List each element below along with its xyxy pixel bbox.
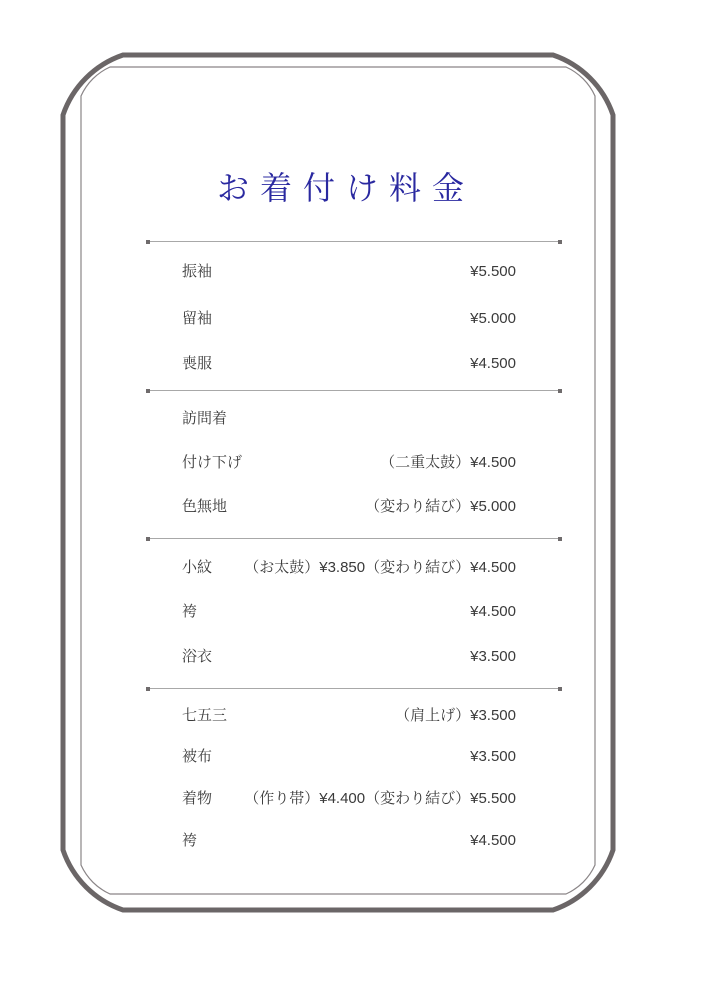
menu-row: 喪服 ¥4.500 <box>182 355 516 373</box>
item-price: （二重太鼓）¥4.500 <box>380 454 516 472</box>
menu-row: 色無地 （変わり結び）¥5.000 <box>182 498 516 516</box>
divider-dot <box>146 537 150 541</box>
menu-row: 七五三 （肩上げ）¥3.500 <box>182 707 516 725</box>
item-price: （作り帯）¥4.400（変わり結び）¥5.500 <box>244 790 516 808</box>
item-label: 袴 <box>182 603 197 621</box>
divider-dot <box>146 389 150 393</box>
item-label: 振袖 <box>182 263 212 281</box>
item-price: ¥4.500 <box>470 355 516 373</box>
menu-row: 訪問着 <box>182 410 516 428</box>
divider-dot <box>558 537 562 541</box>
item-label: 付け下げ <box>182 454 242 472</box>
item-price: （変わり結び）¥5.000 <box>365 498 516 516</box>
divider-dot <box>146 240 150 244</box>
section-divider <box>147 241 561 242</box>
menu-row: 袴 ¥4.500 <box>182 603 516 621</box>
item-label: 小紋 <box>182 559 212 577</box>
section-divider <box>147 390 561 391</box>
section-divider <box>147 688 561 689</box>
menu-row: 振袖 ¥5.500 <box>182 263 516 281</box>
divider-dot <box>558 240 562 244</box>
menu-row: 被布 ¥3.500 <box>182 748 516 766</box>
item-price: ¥5.000 <box>470 310 516 328</box>
item-price: （お太鼓）¥3.850（変わり結び）¥4.500 <box>244 559 516 577</box>
item-label: 被布 <box>182 748 212 766</box>
item-price: ¥3.500 <box>470 748 516 766</box>
menu-row: 袴 ¥4.500 <box>182 832 516 850</box>
menu-row: 付け下げ （二重太鼓）¥4.500 <box>182 454 516 472</box>
item-label: 着物 <box>182 790 212 808</box>
item-label: 留袖 <box>182 310 212 328</box>
item-price: ¥5.500 <box>470 263 516 281</box>
item-label: 七五三 <box>182 707 227 725</box>
menu-row: 小紋 （お太鼓）¥3.850（変わり結び）¥4.500 <box>182 559 516 577</box>
item-price: ¥4.500 <box>470 832 516 850</box>
page-title: お着付け料金 <box>0 170 692 206</box>
item-label: 訪問着 <box>182 410 227 428</box>
item-label: 袴 <box>182 832 197 850</box>
item-label: 色無地 <box>182 498 227 516</box>
price-sheet: お着付け料金 振袖 ¥5.500 留袖 ¥5.000 喪服 ¥4.500 訪問着… <box>0 0 706 1000</box>
menu-row: 着物 （作り帯）¥4.400（変わり結び）¥5.500 <box>182 790 516 808</box>
item-label: 浴衣 <box>182 648 212 666</box>
divider-dot <box>558 389 562 393</box>
item-label: 喪服 <box>182 355 212 373</box>
section-divider <box>147 538 561 539</box>
menu-row: 留袖 ¥5.000 <box>182 310 516 328</box>
item-price: （肩上げ）¥3.500 <box>395 707 516 725</box>
item-price: ¥4.500 <box>470 603 516 621</box>
item-price: ¥3.500 <box>470 648 516 666</box>
divider-dot <box>558 687 562 691</box>
menu-row: 浴衣 ¥3.500 <box>182 648 516 666</box>
divider-dot <box>146 687 150 691</box>
